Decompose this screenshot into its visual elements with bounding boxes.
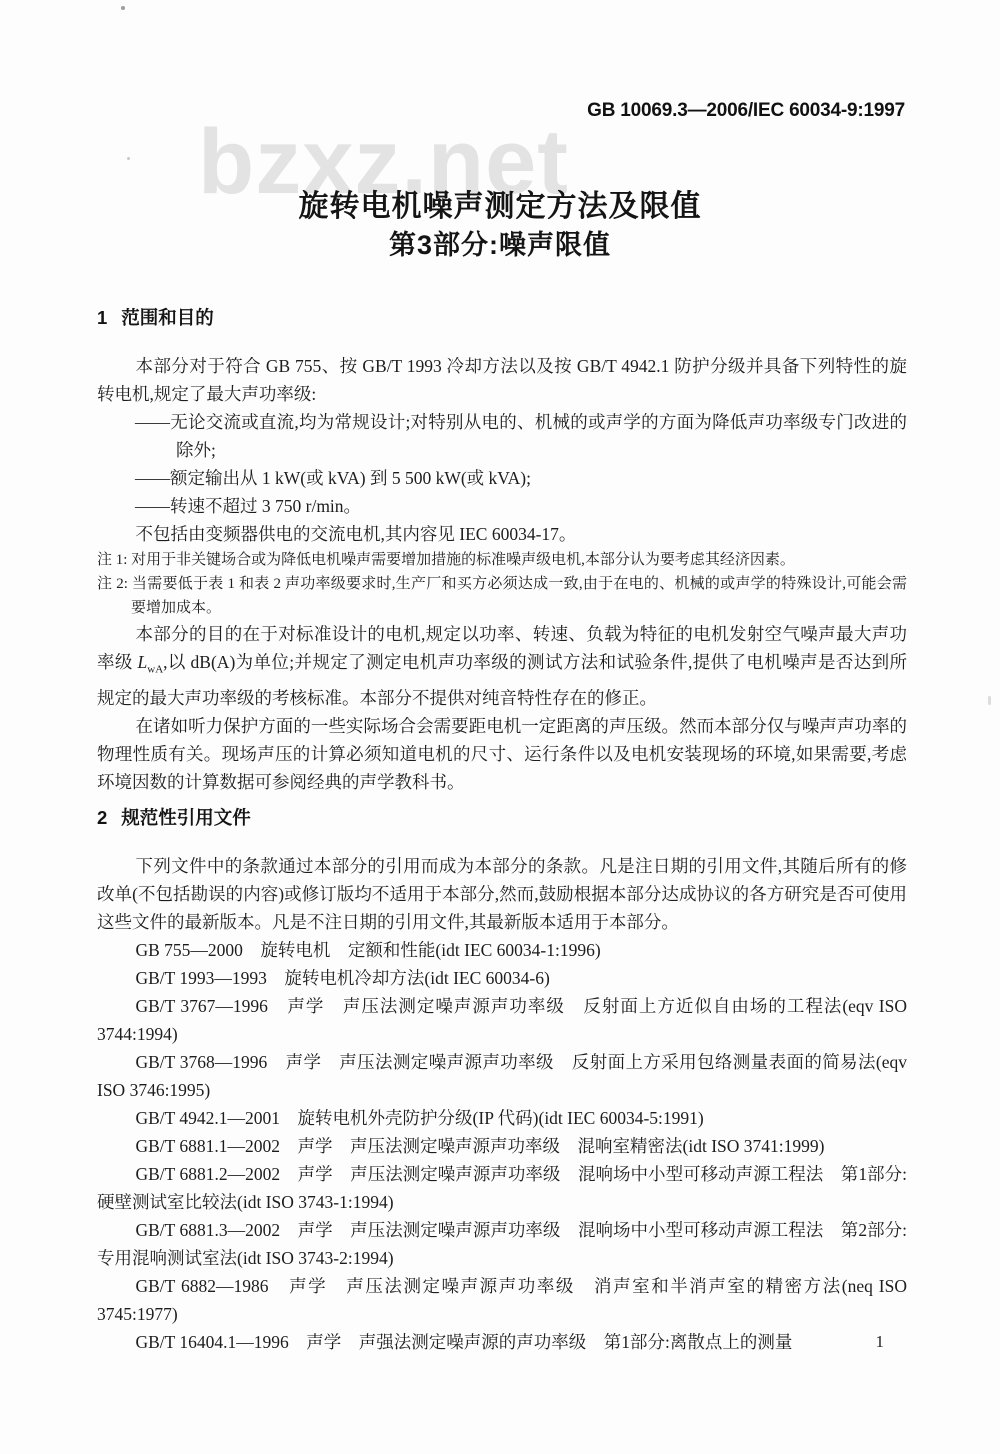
section-2-title: 规范性引用文件 — [121, 807, 251, 828]
section-1-heading: 1范围和目的 — [97, 306, 907, 330]
reference-item: GB/T 6882—1986 声学 声压法测定噪声源声功率级 消声室和半消声室的… — [97, 1272, 907, 1328]
paragraph-exclusion: 不包括由变频器供电的交流电机,其内容见 IEC 60034-17。 — [97, 520, 907, 548]
dash-marker: —— — [135, 468, 170, 488]
list-item-text: 额定输出从 1 kW(或 kVA) 到 5 500 kW(或 kVA); — [170, 468, 531, 488]
list-item: ——转速不超过 3 750 r/min。 — [97, 492, 907, 520]
section-1-title: 范围和目的 — [121, 307, 214, 328]
list-item-text: 无论交流或直流,均为常规设计;对特别从电的、机械的或声学的方面为降低声功率级专门… — [170, 412, 907, 460]
section-1-number: 1 — [97, 307, 107, 328]
dash-marker: —— — [135, 496, 170, 516]
reference-item: GB/T 16404.1—1996 声学 声强法测定噪声源的声功率级 第1部分:… — [97, 1328, 907, 1356]
standard-code: GB 10069.3—2006/IEC 60034-9:1997 — [587, 100, 905, 123]
paragraph-sound-pressure: 在诸如听力保护方面的一些实际场合会需要距电机一定距离的声压级。然而本部分仅与噪声… — [97, 712, 907, 796]
reference-item: GB/T 3767—1996 声学 声压法测定噪声源声功率级 反射面上方近似自由… — [97, 992, 907, 1048]
reference-item: GB/T 6881.3—2002 声学 声压法测定噪声源声功率级 混响场中小型可… — [97, 1216, 907, 1272]
note-1: 注 1: 对用于非关键场合或为降低电机噪声需要增加措施的标准噪声级电机,本部分认… — [97, 548, 907, 572]
document-subtitle: 第3部分:噪声限值 — [0, 229, 1000, 261]
list-item-text: 转速不超过 3 750 r/min。 — [170, 496, 361, 516]
document-title: 旋转电机噪声测定方法及限值 — [0, 190, 1000, 224]
reference-item: GB/T 6881.2—2002 声学 声压法测定噪声源声功率级 混响场中小型可… — [97, 1160, 907, 1216]
document-body: 1范围和目的 本部分对于符合 GB 755、按 GB/T 1993 冷却方法以及… — [97, 306, 907, 1356]
note-2: 注 2: 当需要低于表 1 和表 2 声功率级要求时,生产厂和买方必须达成一致,… — [97, 572, 907, 620]
section-2-number: 2 — [97, 807, 107, 828]
scan-speck — [127, 157, 130, 160]
page-number: 1 — [876, 1332, 885, 1352]
list-item: ——额定输出从 1 kW(或 kVA) 到 5 500 kW(或 kVA); — [97, 464, 907, 492]
document-page: bzxz.net GB 10069.3—2006/IEC 60034-9:199… — [0, 0, 1000, 1454]
list-item: ——无论交流或直流,均为常规设计;对特别从电的、机械的或声学的方面为降低声功率级… — [97, 408, 907, 464]
paragraph-purpose: 本部分的目的在于对标准设计的电机,规定以功率、转速、负载为特征的电机发射空气噪声… — [97, 620, 907, 712]
paragraph-references-intro: 下列文件中的条款通过本部分的引用而成为本部分的条款。凡是注日期的引用文件,其随后… — [97, 852, 907, 936]
purpose-text-after: ,以 dB(A)为单位;并规定了测定电机声功率级的测试方法和试验条件,提供了电机… — [97, 652, 907, 708]
symbol-subscript: wA — [147, 664, 163, 676]
reference-item: GB/T 1993—1993 旋转电机冷却方法(idt IEC 60034-6) — [97, 964, 907, 992]
reference-item: GB/T 3768—1996 声学 声压法测定噪声源声功率级 反射面上方采用包络… — [97, 1048, 907, 1104]
section-2-heading: 2规范性引用文件 — [97, 806, 907, 830]
dash-marker: —— — [135, 412, 170, 432]
scan-speck — [121, 6, 125, 10]
symbol-sound-power-level: L — [138, 652, 148, 672]
reference-item: GB 755—2000 旋转电机 定额和性能(idt IEC 60034-1:1… — [97, 936, 907, 964]
paragraph-scope-intro: 本部分对于符合 GB 755、按 GB/T 1993 冷却方法以及按 GB/T … — [97, 352, 907, 408]
title-block: 旋转电机噪声测定方法及限值 第3部分:噪声限值 — [0, 190, 1000, 261]
scan-speck — [988, 696, 991, 705]
reference-item: GB/T 4942.1—2001 旋转电机外壳防护分级(IP 代码)(idt I… — [97, 1104, 907, 1132]
reference-item: GB/T 6881.1—2002 声学 声压法测定噪声源声功率级 混响室精密法(… — [97, 1132, 907, 1160]
